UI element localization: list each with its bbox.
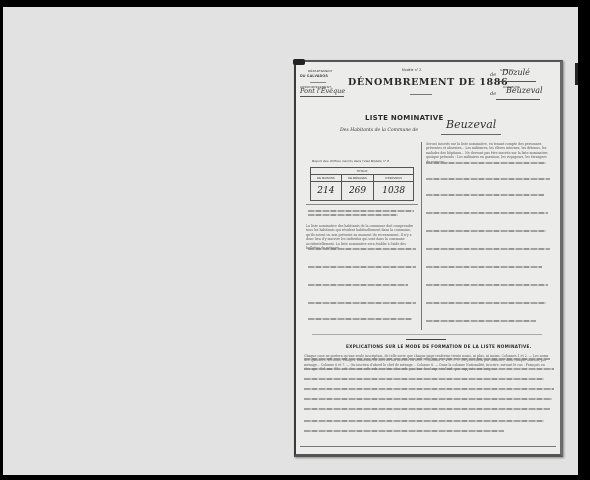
canton-prefix: de <box>490 72 496 78</box>
totals-col-individus: D'INDIVIDUS <box>374 175 414 182</box>
column-divider <box>421 142 422 330</box>
canton-value: Dozulé <box>502 68 530 77</box>
totals-caption: Report des chiffres inscrits dans l'état… <box>312 159 390 163</box>
model-number: Modèle n° 2. <box>402 68 422 72</box>
totals-header: TOTAUX <box>311 168 414 175</box>
list-subtitle: Des Habitants de la Commune de <box>340 128 418 133</box>
totals-col-menages: DE MÉNAGES <box>341 175 374 182</box>
totals-col-maisons: DE MAISONS <box>311 175 342 182</box>
scroll-marker[interactable] <box>575 63 578 85</box>
explanations-title: EXPLICATIONS SUR LE MODE DE FORMATION DE… <box>346 344 532 349</box>
commune-value: Beuzeval <box>506 86 543 95</box>
commune-prefix: de <box>490 91 496 97</box>
viewer-right-border <box>578 0 590 480</box>
totals-menages-value: 269 <box>341 182 374 201</box>
page-corner-tab <box>293 59 305 65</box>
totals-maisons-value: 214 <box>311 182 342 201</box>
totals-individus-value: 1038 <box>374 182 414 201</box>
scanned-page: DÉPARTEMENT DU CALVADOS ARRONDISSEMENT P… <box>294 60 563 457</box>
list-title: LISTE NOMINATIVE <box>365 114 444 122</box>
department-label: DÉPARTEMENT <box>308 69 333 73</box>
department-value: DU CALVADOS <box>300 74 328 78</box>
list-commune: Beuzeval <box>446 118 496 131</box>
arrondissement-value: Pont l'Évêque <box>300 87 345 95</box>
left-column-text: La liste nominative des habitants de la … <box>306 224 418 328</box>
main-title: DÉNOMBREMENT DE 1886 <box>348 77 508 88</box>
totals-table: TOTAUX DE MAISONS DE MÉNAGES D'INDIVIDUS… <box>310 167 414 201</box>
